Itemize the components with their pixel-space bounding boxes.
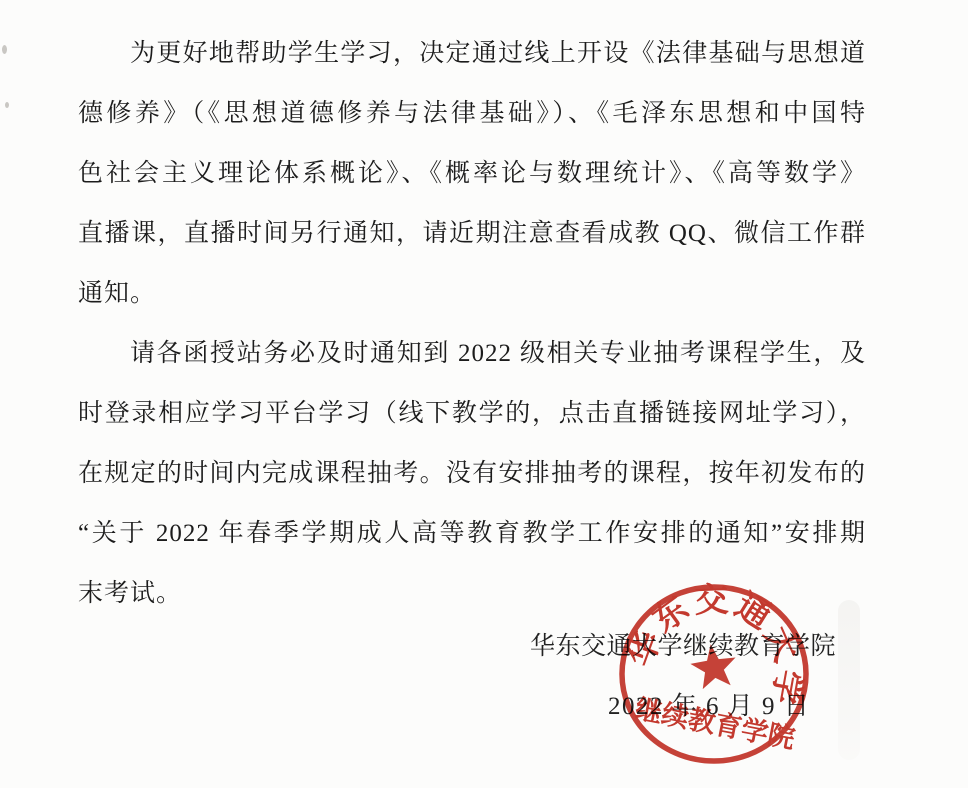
document-line: “关于 2022 年春季学期成人高等教育教学工作安排的通知”安排期	[78, 504, 866, 564]
seal-top-char: 华	[621, 626, 668, 671]
document-line: 为更好地帮助学生学习，决定通过线上开设《法律基础与思想道	[78, 24, 866, 84]
scan-streak	[838, 600, 860, 760]
official-seal: 华 东 交 通 大 学 继续教育学院	[616, 579, 812, 769]
scanned-notice-page: 为更好地帮助学生学习，决定通过线上开设《法律基础与思想道 德修养》（《思想道德修…	[0, 0, 968, 788]
scan-speck	[2, 45, 7, 54]
seal-top-char: 通	[728, 587, 777, 637]
document-line: 在规定的时间内完成课程抽考。没有安排抽考的课程，按年初发布的	[78, 444, 866, 504]
document-line: 时登录相应学习平台学习（线下教学的，点击直播链接网址学习），	[78, 384, 866, 444]
scan-speck	[5, 102, 9, 108]
seal-top-text: 华 东 交 通 大 学	[621, 581, 808, 707]
seal-top-char: 大	[757, 621, 806, 668]
document-line: 请各函授站务必及时通知到 2022 级相关专业抽考课程学生，及	[78, 324, 866, 384]
document-line: 通知。	[78, 264, 866, 324]
document-line: 德修养》（《思想道德修养与法律基础》）、《毛泽东思想和中国特	[78, 84, 866, 144]
seal-top-char: 交	[694, 581, 729, 620]
seal-top-char: 东	[646, 589, 696, 640]
document-line: 色社会主义理论体系概论》、《概率论与数理统计》、《高等数学》	[78, 144, 866, 204]
document-line: 直播课，直播时间另行通知，请近期注意查看成教 QQ、微信工作群	[78, 204, 866, 264]
seal-star-icon	[688, 641, 739, 690]
notice-body: 为更好地帮助学生学习，决定通过线上开设《法律基础与思想道 德修养》（《思想道德修…	[78, 24, 866, 624]
seal-top-char: 学	[765, 667, 808, 707]
